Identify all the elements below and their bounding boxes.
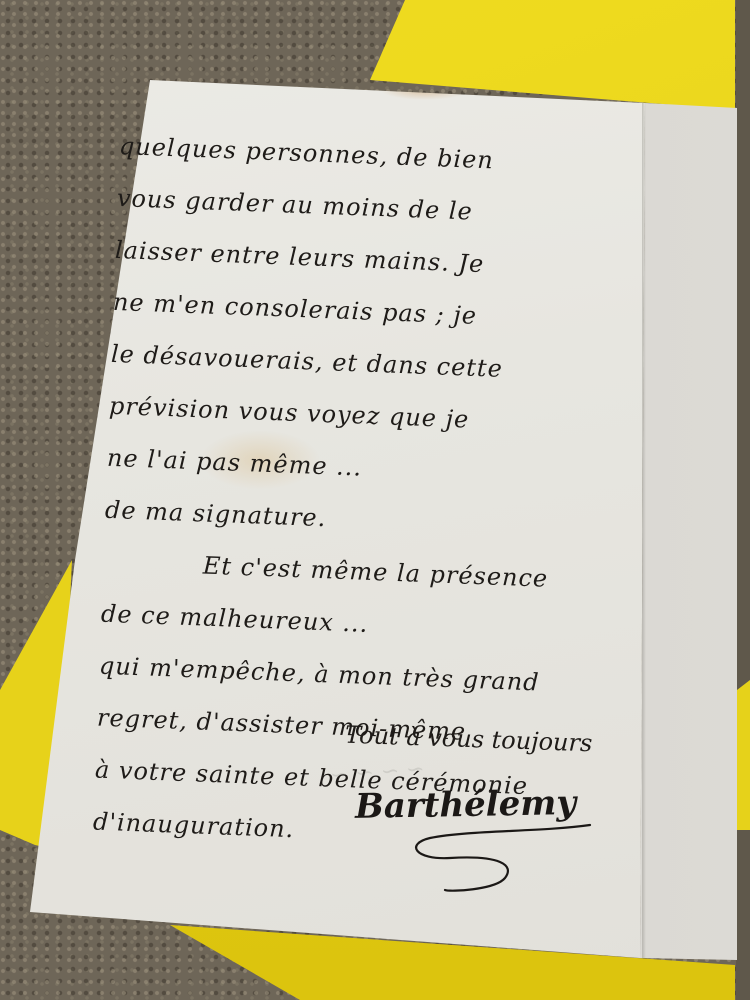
carpet-background (736, 0, 750, 1000)
signature-flourish-icon (410, 820, 600, 900)
